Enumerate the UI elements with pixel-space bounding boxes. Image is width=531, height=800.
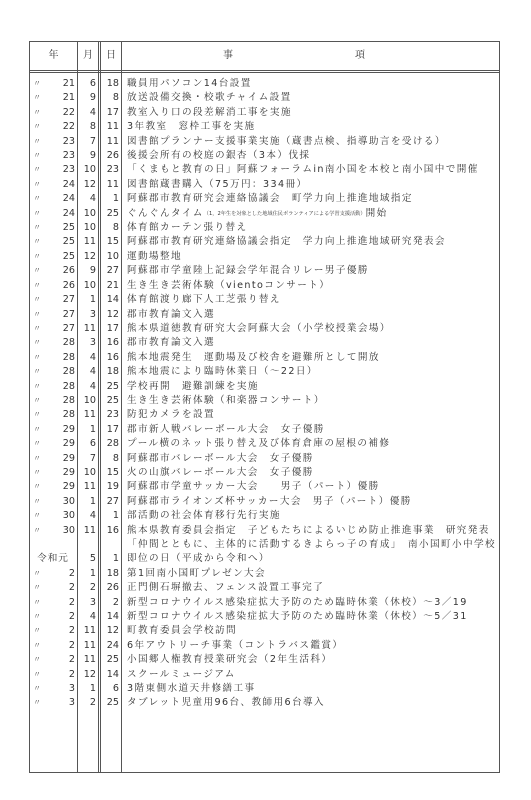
event-text: 体育館渡り廊下人工芝張り替え [127,294,281,305]
month-cell: 1 [78,682,96,696]
month-cell: 9 [78,149,96,163]
year-cell: 25 [38,250,75,264]
year-cell: 令和元 [30,552,76,566]
event-cell: 熊本地震により臨時休業日（～22日） [127,365,318,379]
day-cell: 16 [101,351,119,365]
table-row: 〃281025生き生き芸術体験（和楽器コンサート） [30,394,499,408]
table-row: 〃291119阿蘇郡市学童サッカー大会 男子（パート）優勝 [30,480,499,494]
month-cell: 4 [78,509,96,523]
table-row: 〃231023「くまもと教育の日」阿蘇フォーラムin南小国を本校と南小国中で開催 [30,163,499,177]
month-cell: 10 [78,466,96,480]
table-row: 〃21214スクールミュージアム [30,668,499,682]
table-row: 〃3163階東側水道天井修繕工事 [30,682,499,696]
event-cell: 郡市教育論文入選 [127,336,215,350]
month-cell: 11 [78,524,96,538]
event-text: 体育館カーテン張り替え [127,222,247,233]
event-text: 即位の日（平成から令和へ） [127,553,270,564]
day-cell: 1 [101,552,119,566]
day-cell: 14 [101,668,119,682]
table-row: 〃21112町教育委員会学校訪問 [30,624,499,638]
month-cell: 1 [78,293,96,307]
table-row: 〃2441阿蘇郡市教育研究会連絡協議会 町学力向上推進地域指定 [30,192,499,206]
month-cell: 4 [78,610,96,624]
table-row: 〃21618職員用パソコン14台設置 [30,77,499,91]
event-text: 火の山旗バレーボール大会 女子優勝 [127,467,314,478]
event-cell: 新型コロナウイルス感染症拡大予防のため臨時休業（休校）～3／19 [127,596,468,610]
day-cell: 10 [101,250,119,264]
event-text: 3階東側水道天井修繕工事 [127,683,255,694]
day-cell: 12 [101,308,119,322]
table-row: 「仲間とともに、主体的に活動するきよらっ子の育成」 南小国町小中学校 [30,538,499,552]
event-cell: 防犯カメラを設置 [127,408,215,422]
table-row: 〃28416熊本地震発生 運動場及び校舎を避難所として開放 [30,351,499,365]
event-text: 運動場整地 [127,251,182,262]
event-cell: 熊本県教育委員会指定 子どもたちによるいじめ防止推進事業 研究発表 [127,524,490,538]
day-cell: 1 [101,192,119,206]
month-cell: 1 [78,423,96,437]
day-cell: 16 [101,336,119,350]
day-cell: 11 [101,178,119,192]
history-table: 年 月 日 事 項 〃21618職員用パソコン14台設置〃2198放送設備交換・… [29,41,500,773]
header-rule-1 [30,70,499,71]
day-cell: 6 [101,682,119,696]
event-cell: タブレット児童用96台、教師用6台導入 [127,696,325,710]
year-cell: 29 [38,452,75,466]
table-row: 〃2414新型コロナウイルス感染症拡大予防のため臨時休業（休校）～5／31 [30,610,499,624]
event-text: 熊本県教育委員会指定 子どもたちによるいじめ防止推進事業 研究発表 [127,525,490,536]
event-text: ぐんぐんタイム [127,208,204,219]
event-text: プール横のネット張り替え及び体育倉庫の屋根の補修 [127,438,390,449]
event-cell: 「仲間とともに、主体的に活動するきよらっ子の育成」 南小国町小中学校 [127,538,496,552]
year-cell: 23 [38,149,75,163]
year-cell: 28 [38,336,75,350]
year-cell: 2 [38,639,75,653]
month-cell: 11 [78,235,96,249]
year-cell: 2 [38,610,75,624]
table-row: 〃2118第1回南小国町プレゼン大会 [30,567,499,581]
event-cell: 阿蘇郡市ライオンズ杯サッカー大会 男子（パート）優勝 [127,495,412,509]
year-cell: 29 [38,423,75,437]
event-text: 「くまもと教育の日」阿蘇フォーラムin南小国を本校と南小国中で開催 [127,164,479,175]
event-note: （1，2年生を対象とした地域住民ボランティアによる学習支援活動） [204,211,366,217]
year-cell: 27 [38,308,75,322]
day-cell: 8 [101,452,119,466]
day-cell: 25 [101,696,119,710]
day-cell: 11 [101,135,119,149]
event-text: 「仲間とともに、主体的に活動するきよらっ子の育成」 南小国町小中学校 [127,539,496,550]
year-cell: 2 [38,653,75,667]
table-row: 〃3041部活動の社会体育移行先行実施 [30,509,499,523]
month-cell: 11 [78,653,96,667]
table-row: 〃28418熊本地震により臨時休業日（～22日） [30,365,499,379]
event-text: 教室入り口の段差解消工事を実施 [127,107,292,118]
year-cell: 3 [38,696,75,710]
year-cell: 28 [38,351,75,365]
day-cell: 25 [101,380,119,394]
table-row: 〃28425学校再開 避難訓練を実施 [30,380,499,394]
event-cell: 図書館蔵書購入（75万円：334冊） [127,178,307,192]
event-cell: 体育館カーテン張り替え [127,221,247,235]
year-cell: 24 [38,192,75,206]
month-cell: 10 [78,163,96,177]
event-cell: 阿蘇郡市教育研究会連絡協議会 町学力向上推進地域指定 [127,192,413,206]
event-cell: 部活動の社会体育移行先行実施 [127,509,281,523]
header-year: 年 [30,42,77,70]
year-cell: 21 [38,77,75,91]
year-cell: 29 [38,437,75,451]
day-cell: 17 [101,423,119,437]
year-cell: 24 [38,207,75,221]
event-cell: 即位の日（平成から令和へ） [127,552,270,566]
day-cell: 26 [101,581,119,595]
event-text: 阿蘇郡市教育研究連絡協議会指定 学力向上推進地域研究発表会 [127,236,446,247]
day-cell: 19 [101,480,119,494]
month-cell: 11 [78,408,96,422]
month-cell: 10 [78,207,96,221]
event-cell: 阿蘇郡市学童陸上記録会学年混合リレー男子優勝 [127,264,369,278]
event-cell: 職員用パソコン14台設置 [127,77,252,91]
year-cell: 30 [38,495,75,509]
year-cell: 3 [38,682,75,696]
year-cell: 2 [38,668,75,682]
table-row: 〃29117郡市新人戦バレーボール大会 女子優勝 [30,423,499,437]
table-row: 〃27114体育館渡り廊下人工芝張り替え [30,293,499,307]
event-text: 熊本地震により臨時休業日（～22日） [127,366,318,377]
event-text: タブレット児童用96台、教師用6台導入 [127,697,325,708]
year-cell: 2 [38,596,75,610]
event-text: 図書館プランナー支援事業実施（蔵書点検、指導助言を受ける） [127,136,446,147]
day-cell: 23 [101,163,119,177]
year-cell: 27 [38,293,75,307]
table-row: 〃301116熊本県教育委員会指定 子どもたちによるいじめ防止推進事業 研究発表 [30,524,499,538]
day-cell: 14 [101,293,119,307]
event-text: 小国郷人権教育授業研究会（2年生活科） [127,654,332,665]
day-cell: 1 [101,509,119,523]
table-row: 〃271117熊本県道徳教育研究大会阿蘇大会（小学校授業会場） [30,322,499,336]
event-cell: スクールミュージアム [127,668,236,682]
event-text: 阿蘇郡市学童陸上記録会学年混合リレー男子優勝 [127,265,369,276]
day-cell: 25 [101,653,119,667]
month-cell: 4 [78,106,96,120]
day-cell: 8 [101,91,119,105]
event-cell: 3階東側水道天井修繕工事 [127,682,255,696]
table-row: 〃3225タブレット児童用96台、教師用6台導入 [30,696,499,710]
event-text: 生き生き芸術体験（vientoコンサート） [127,280,330,291]
table-row: 〃281123防犯カメラを設置 [30,408,499,422]
month-cell: 3 [78,308,96,322]
event-text: 郡市新人戦バレーボール大会 女子優勝 [127,424,325,435]
event-text: 職員用パソコン14台設置 [127,78,252,89]
day-cell: 8 [101,221,119,235]
event-text: 町教育委員会学校訪問 [127,625,237,636]
event-text: 阿蘇郡市教育研究会連絡協議会 町学力向上推進地域指定 [127,193,413,204]
day-cell: 26 [101,149,119,163]
month-cell: 9 [78,91,96,105]
month-cell: 8 [78,120,96,134]
table-row: 〃23926後援会所有の校庭の銀杏（3本）伐採 [30,149,499,163]
month-cell: 1 [78,495,96,509]
year-cell: 25 [38,235,75,249]
table-row: 〃261021生き生き芸術体験（vientoコンサート） [30,279,499,293]
table-row: 令和元51即位の日（平成から令和へ） [30,552,499,566]
table-row: 〃23711図書館プランナー支援事業実施（蔵書点検、指導助言を受ける） [30,135,499,149]
year-cell: 26 [38,279,75,293]
table-header: 年 月 日 事 項 [30,42,499,71]
day-cell: 11 [101,120,119,134]
event-cell: 生き生き芸術体験（和楽器コンサート） [127,394,325,408]
event-cell: 6年アウトリーチ事業（コントラバス鑑賞） [127,639,343,653]
event-cell: 3年教室 窓枠工事を実施 [127,120,255,134]
event-text: スクールミュージアム [127,669,236,680]
year-cell: 22 [38,120,75,134]
year-cell: 27 [38,322,75,336]
month-cell: 4 [78,192,96,206]
year-cell: 25 [38,221,75,235]
day-cell: 17 [101,322,119,336]
event-cell: 阿蘇郡市学童サッカー大会 男子（パート）優勝 [127,480,380,494]
year-cell: 2 [38,567,75,581]
table-row: 〃30127阿蘇郡市ライオンズ杯サッカー大会 男子（パート）優勝 [30,495,499,509]
event-cell: 町教育委員会学校訪問 [127,624,237,638]
day-cell: 18 [101,365,119,379]
table-row: 〃25108体育館カーテン張り替え [30,221,499,235]
event-text: 部活動の社会体育移行先行実施 [127,510,281,521]
event-text: 阿蘇郡市バレーボール大会 女子優勝 [127,453,314,464]
year-cell: 23 [38,163,75,177]
day-cell: 25 [101,394,119,408]
day-cell: 21 [101,279,119,293]
header-month: 月 [78,42,98,70]
event-cell: 教室入り口の段差解消工事を実施 [127,106,292,120]
month-cell: 4 [78,380,96,394]
event-cell: 正門側石塀撤去、フェンス設置工事完了 [127,581,324,595]
day-cell: 15 [101,235,119,249]
event-cell: 熊本地震発生 運動場及び校舎を避難所として開放 [127,351,380,365]
month-cell: 9 [78,264,96,278]
day-cell: 28 [101,437,119,451]
event-text-after: 開始 [366,208,388,219]
day-cell: 12 [101,624,119,638]
table-row: 〃2198放送設備交換・校歌チャイム設置 [30,91,499,105]
event-cell: 熊本県道徳教育研究大会阿蘇大会（小学校授業会場） [127,322,391,336]
year-cell: 28 [38,380,75,394]
table-row: 〃291015火の山旗バレーボール大会 女子優勝 [30,466,499,480]
header-day: 日 [101,42,121,70]
event-text: 郡市教育論文入選 [127,309,215,320]
event-text: 生き生き芸術体験（和楽器コンサート） [127,395,325,406]
event-text: 郡市教育論文入選 [127,337,215,348]
year-cell: 21 [38,91,75,105]
table-row: 〃241211図書館蔵書購入（75万円：334冊） [30,178,499,192]
month-cell: 11 [78,624,96,638]
table-row: 〃211246年アウトリーチ事業（コントラバス鑑賞） [30,639,499,653]
year-cell: 29 [38,480,75,494]
table-row: 〃27312郡市教育論文入選 [30,308,499,322]
header-event-1: 事 [218,42,238,70]
event-cell: 阿蘇郡市バレーボール大会 女子優勝 [127,452,314,466]
month-cell: 12 [78,668,96,682]
day-cell: 25 [101,207,119,221]
day-cell: 16 [101,524,119,538]
year-cell: 30 [38,509,75,523]
year-cell: 2 [38,624,75,638]
month-cell: 1 [78,567,96,581]
table-body: 〃21618職員用パソコン14台設置〃2198放送設備交換・校歌チャイム設置〃2… [30,77,499,711]
month-cell: 4 [78,365,96,379]
year-cell: 26 [38,264,75,278]
year-cell: 23 [38,135,75,149]
event-cell: 後援会所有の校庭の銀杏（3本）伐採 [127,149,310,163]
event-cell: 郡市新人戦バレーボール大会 女子優勝 [127,423,325,437]
year-cell: 28 [38,408,75,422]
day-cell: 24 [101,639,119,653]
table-row: 〃26927阿蘇郡市学童陸上記録会学年混合リレー男子優勝 [30,264,499,278]
event-cell: ぐんぐんタイム（1，2年生を対象とした地域住民ボランティアによる学習支援活動）開… [127,207,388,221]
table-row: 〃251115阿蘇郡市教育研究連絡協議会指定 学力向上推進地域研究発表会 [30,235,499,249]
event-cell: 火の山旗バレーボール大会 女子優勝 [127,466,314,480]
event-text: 3年教室 窓枠工事を実施 [127,121,255,132]
month-cell: 2 [78,581,96,595]
event-text: 正門側石塀撤去、フェンス設置工事完了 [127,582,324,593]
event-text: 放送設備交換・校歌チャイム設置 [127,92,292,103]
event-cell: 阿蘇郡市教育研究連絡協議会指定 学力向上推進地域研究発表会 [127,235,446,249]
month-cell: 7 [78,452,96,466]
event-cell: 学校再開 避難訓練を実施 [127,380,259,394]
event-text: 6年アウトリーチ事業（コントラバス鑑賞） [127,640,343,651]
event-cell: 運動場整地 [127,250,182,264]
event-text: 防犯カメラを設置 [127,409,215,420]
header-rule-2 [30,72,499,73]
event-cell: 第1回南小国町プレゼン大会 [127,567,266,581]
table-row: 〃22417教室入り口の段差解消工事を実施 [30,106,499,120]
year-cell: 28 [38,365,75,379]
day-cell: 17 [101,106,119,120]
month-cell: 10 [78,279,96,293]
month-cell: 11 [78,639,96,653]
year-cell: 28 [38,394,75,408]
year-cell: 2 [38,581,75,595]
table-row: 〃2978阿蘇郡市バレーボール大会 女子優勝 [30,452,499,466]
day-cell: 18 [101,567,119,581]
event-text: 図書館蔵書購入（75万円：334冊） [127,179,307,190]
event-cell: 新型コロナウイルス感染症拡大予防のため臨時休業（休校）～5／31 [127,610,468,624]
event-cell: プール横のネット張り替え及び体育倉庫の屋根の補修 [127,437,390,451]
month-cell: 5 [78,552,96,566]
day-cell: 27 [101,264,119,278]
event-text: 新型コロナウイルス感染症拡大予防のため臨時休業（休校）～3／19 [127,597,468,608]
event-text: 新型コロナウイルス感染症拡大予防のため臨時休業（休校）～5／31 [127,611,468,622]
month-cell: 7 [78,135,96,149]
event-cell: 郡市教育論文入選 [127,308,215,322]
table-row: 〃241025ぐんぐんタイム（1，2年生を対象とした地域住民ボランティアによる学… [30,207,499,221]
table-row: 〃21125小国郷人権教育授業研究会（2年生活科） [30,653,499,667]
table-row: 〃228113年教室 窓枠工事を実施 [30,120,499,134]
table-row: 〃2226正門側石塀撤去、フェンス設置工事完了 [30,581,499,595]
day-cell: 2 [101,596,119,610]
event-cell: 生き生き芸術体験（vientoコンサート） [127,279,330,293]
table-row: 〃28316郡市教育論文入選 [30,336,499,350]
month-cell: 6 [78,77,96,91]
year-cell: 22 [38,106,75,120]
month-cell: 12 [78,178,96,192]
event-text: 学校再開 避難訓練を実施 [127,381,259,392]
day-cell: 14 [101,610,119,624]
month-cell: 12 [78,250,96,264]
day-cell: 15 [101,466,119,480]
event-cell: 体育館渡り廊下人工芝張り替え [127,293,281,307]
table-row: 〃29628プール横のネット張り替え及び体育倉庫の屋根の補修 [30,437,499,451]
day-cell: 23 [101,408,119,422]
event-cell: 「くまもと教育の日」阿蘇フォーラムin南小国を本校と南小国中で開催 [127,163,479,177]
table-row: 〃232新型コロナウイルス感染症拡大予防のため臨時休業（休校）～3／19 [30,596,499,610]
table-row: 〃251210運動場整地 [30,250,499,264]
year-cell: 30 [38,524,75,538]
event-text: 熊本県道徳教育研究大会阿蘇大会（小学校授業会場） [127,323,391,334]
month-cell: 10 [78,221,96,235]
month-cell: 3 [78,596,96,610]
year-cell: 24 [38,178,75,192]
event-text: 阿蘇郡市ライオンズ杯サッカー大会 男子（パート）優勝 [127,496,412,507]
month-cell: 11 [78,480,96,494]
event-text: 熊本地震発生 運動場及び校舎を避難所として開放 [127,352,380,363]
month-cell: 3 [78,336,96,350]
month-cell: 2 [78,696,96,710]
year-cell: 29 [38,466,75,480]
month-cell: 6 [78,437,96,451]
event-text: 後援会所有の校庭の銀杏（3本）伐採 [127,150,310,161]
event-text: 阿蘇郡市学童サッカー大会 男子（パート）優勝 [127,481,380,492]
event-text: 第1回南小国町プレゼン大会 [127,568,266,579]
month-cell: 4 [78,351,96,365]
month-cell: 11 [78,322,96,336]
event-cell: 小国郷人権教育授業研究会（2年生活科） [127,653,332,667]
day-cell: 27 [101,495,119,509]
day-cell: 18 [101,77,119,91]
event-cell: 図書館プランナー支援事業実施（蔵書点検、指導助言を受ける） [127,135,446,149]
event-cell: 放送設備交換・校歌チャイム設置 [127,91,292,105]
month-cell: 10 [78,394,96,408]
header-event-2: 項 [350,42,370,70]
